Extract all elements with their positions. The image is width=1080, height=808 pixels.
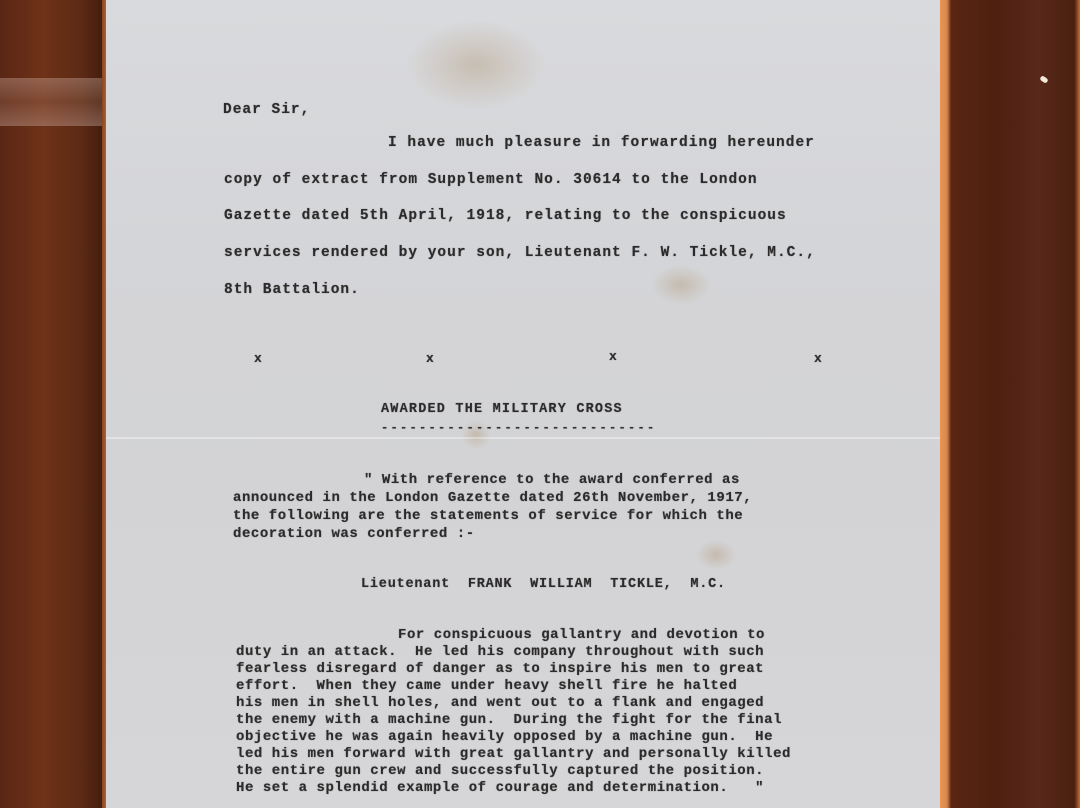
glass-reflection [0, 78, 108, 126]
wooden-frame-right [940, 0, 1080, 808]
separator-mark: x [254, 352, 262, 365]
reference-line: the following are the statements of serv… [233, 509, 743, 523]
separator-mark: x [609, 350, 617, 363]
separator-mark: x [814, 352, 822, 365]
reference-line: decoration was conferred :- [233, 527, 475, 541]
paper-fold-line [106, 437, 944, 439]
intro-line: services rendered by your son, Lieutenan… [224, 246, 816, 261]
recipient-name: Lieutenant FRANK WILLIAM TICKLE, M.C. [361, 578, 726, 592]
citation-line: effort. When they came under heavy shell… [236, 679, 737, 693]
dust-speck [1039, 75, 1048, 84]
citation-line: the enemy with a machine gun. During the… [236, 713, 782, 727]
citation-line: his men in shell holes, and went out to … [236, 696, 764, 710]
citation-line: led his men forward with great gallantry… [236, 747, 791, 761]
reference-line: " With reference to the award conferred … [364, 473, 740, 487]
citation-line: duty in an attack. He led his company th… [236, 645, 764, 659]
citation-line: fearless disregard of danger as to inspi… [236, 662, 764, 676]
intro-line: copy of extract from Supplement No. 3061… [224, 173, 758, 188]
heading-underline: ----------------------------- [381, 422, 657, 434]
reference-line: announced in the London Gazette dated 26… [233, 491, 752, 505]
wooden-frame-left [0, 0, 108, 808]
stain [406, 20, 546, 110]
citation-line: the entire gun crew and successfully cap… [236, 764, 764, 778]
salutation: Dear Sir, [223, 103, 310, 118]
citation-line: objective he was again heavily opposed b… [236, 730, 773, 744]
stain [651, 265, 711, 305]
stain [696, 540, 736, 570]
section-heading: AWARDED THE MILITARY CROSS [381, 403, 623, 417]
separator-mark: x [426, 352, 434, 365]
intro-line: Gazette dated 5th April, 1918, relating … [224, 209, 787, 224]
citation-line: He set a splendid example of courage and… [236, 781, 764, 795]
intro-line: 8th Battalion. [224, 283, 360, 298]
typed-letter-page: Dear Sir, I have much pleasure in forwar… [106, 0, 944, 808]
intro-line: I have much pleasure in forwarding hereu… [388, 136, 815, 151]
citation-line: For conspicuous gallantry and devotion t… [398, 628, 765, 642]
